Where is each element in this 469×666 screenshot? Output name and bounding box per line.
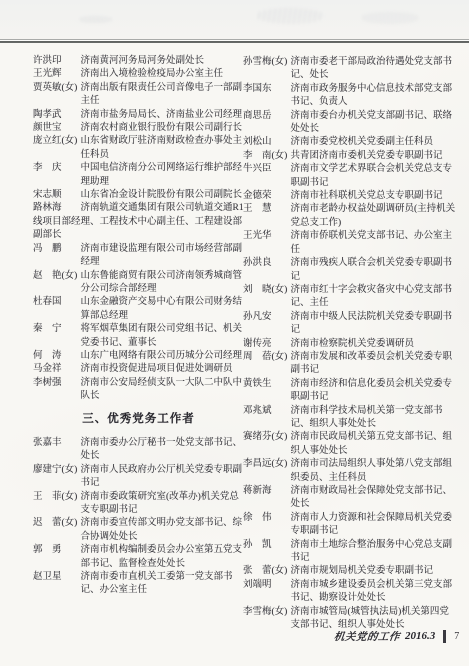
- person-position: 济南市规划局机关党委专职副书记: [291, 565, 457, 578]
- awardee-entry: 周 蓓(女)济南市发展和改革委员会机关党委专职副书记: [243, 351, 456, 378]
- person-position: 济南市建设监理有限公司市场经营部副经理: [81, 243, 245, 270]
- person-name: 商思岳: [243, 110, 291, 123]
- awardee-entry: 孙 凯济南市土地综合整治服务中心党总支副书记: [243, 539, 456, 566]
- page-top-margin: [0, 0, 469, 40]
- page-footer: 机关党的工作 2016.3 7: [334, 628, 459, 644]
- awardee-entry: 赛绪芬(女)济南市民政局机关第五党支部书记、组织人事处处长: [243, 431, 456, 458]
- person-name: 王光华: [243, 230, 291, 243]
- person-name: 蒋新海: [243, 485, 291, 498]
- person-name: 许洪印: [33, 55, 81, 68]
- awardee-entry: 王 菲(女)济南市委政策研究室(改革办)机关党总支专职副书记: [33, 491, 244, 518]
- person-name: 冯 鹏: [33, 243, 81, 256]
- section-title: 三、优秀党务工作者: [33, 413, 244, 426]
- bleed-through-mark: [78, 16, 112, 23]
- person-position: 济南市委政策研究室(改革办)机关党总支专职副书记: [81, 491, 245, 518]
- person-name: 贾英敏(女): [33, 82, 81, 95]
- person-name: 李雪梅(女): [243, 606, 291, 619]
- person-position: 济南市委党校机关党委副主任科员: [291, 136, 457, 149]
- person-position: 济南市司法局组织人事处第八党支部组织委员、主任科员: [291, 458, 457, 485]
- person-position: 山东省冶金设计院股份有限公司副院长: [81, 189, 245, 202]
- person-name: 徐 伟: [243, 512, 291, 525]
- awardee-entry: 蒋新海济南市财政局社会保障处党支部书记、处长: [243, 485, 456, 512]
- awardee-entry: 邓兆斌济南市科学技术局机关第一党支部书记、组织人事处处长: [243, 405, 456, 432]
- awardee-entry: 贾英敏(女)济南出版有限责任公司音像电子一部副主任: [33, 82, 244, 109]
- awardee-entry: 李昌远(女)济南市司法局组织人事处第八党支部组织委员、主任科员: [243, 458, 456, 485]
- awardee-entry: 李 庆中国电信济南分公司网络运行维护部经理助理: [33, 162, 244, 189]
- awardee-list-section2: 许洪印济南黄河河务局河务处副处长 王光辉济南出入境检验检疫局办公室主任 贾英敏(…: [33, 55, 244, 404]
- person-position: 济南市老龄办权益处副调研员(主持机关党总支工作): [291, 203, 457, 230]
- awardee-entry: 颜世宝济南农村商业银行股份有限公司副行长: [33, 122, 244, 135]
- person-position: 济南市城乡建设委员会机关第三党支部书记、勘察设计处处长: [291, 579, 457, 606]
- person-name: 李 南(女): [243, 150, 291, 163]
- issue-number: 2016.3: [405, 630, 435, 642]
- person-position: 济南市检察院机关党委调研员: [291, 338, 457, 351]
- person-position: 济南市经济和信息化委员会机关党委专职副书记: [291, 378, 457, 405]
- header-rule: [0, 39, 469, 43]
- person-position: 济南出版有限责任公司音像电子一部副主任: [81, 82, 245, 109]
- page-number: 7: [454, 631, 459, 642]
- person-position: 济南市中级人民法院机关党委专职副书记: [291, 311, 457, 338]
- awardee-entry: 牛兴臣济南市文学艺术界联合会机关党总支专职副书记: [243, 163, 456, 190]
- person-position: 济南市科学技术局机关第一党支部书记、组织人事处处长: [291, 405, 457, 432]
- awardee-entry: 张 蕾(女)济南市规划局机关党委专职副书记: [243, 565, 456, 578]
- awardee-entry: 王光华济南市侨联机关党支部书记、办公室主任: [243, 230, 456, 257]
- bleed-through-mark: [360, 12, 420, 24]
- person-position: 济南市土地综合整治服务中心党总支副书记: [291, 539, 457, 566]
- person-position: 济南市残疾人联合会机关党委专职副书记: [291, 257, 457, 284]
- person-name: 杜春国: [33, 296, 81, 309]
- person-position: 济南市社科联机关党总支专职副书记: [291, 190, 457, 203]
- person-position: 山东鲁能商贸有限公司济南领秀城商管分公司综合部经理: [81, 270, 245, 297]
- awardee-entry: 秦 宁将军烟草集团有限公司党组书记、机关党委书记、董事长: [33, 323, 244, 350]
- awardee-entry: 商思岳济南市委台办机关党支部副书记、联络处处长: [243, 110, 456, 137]
- awardee-entry: 路林海济南轨道交通集团有限公司轨道交通R1线项目部经理、工程技术中心副主任、工程…: [33, 202, 244, 242]
- person-position: 济南市委老干部局政治待遇处党支部书记、处长: [291, 56, 457, 83]
- person-position: 济南市人民政府办公厅机关党委专职副书记: [81, 464, 245, 491]
- person-name: 周 蓓(女): [243, 351, 291, 364]
- left-column: 许洪印济南黄河河务局河务处副处长 王光辉济南出入境检验检疫局办公室主任 贾英敏(…: [33, 55, 244, 598]
- awardee-list-section3: 张嘉丰济南市委办公厅秘书一处党支部书记、处长 廖建宁(女)济南市人民政府办公厅机…: [33, 437, 244, 598]
- awardee-entry: 金德荣济南市社科联机关党总支专职副书记: [243, 190, 456, 203]
- awardee-entry: 孙洪良济南市残疾人联合会机关党委专职副书记: [243, 257, 456, 284]
- right-column: 孙雪梅(女)济南市委老干部局政治待遇处党支部书记、处长 李国东济南市政务服务中心…: [243, 56, 456, 632]
- bleed-through-mark: [255, 8, 325, 24]
- person-name: 谢传亮: [243, 338, 291, 351]
- person-position: 山东广电网络有限公司历城分公司经理: [81, 350, 245, 363]
- awardee-entry: 许洪印济南黄河河务局河务处副处长: [33, 55, 244, 68]
- awardee-entry: 王光辉济南出入境检验检疫局办公室主任: [33, 68, 244, 81]
- person-name: 刘 晓(女): [243, 284, 291, 297]
- person-position: 济南市委市直机关工委第一党支部书记、办公室主任: [81, 571, 245, 598]
- awardee-entry: 陶孝武济南市盐务局局长、济南盐业公司经理: [33, 109, 244, 122]
- person-position: 济南出入境检验检疫局办公室主任: [81, 68, 245, 81]
- person-name: 郭 勇: [33, 544, 81, 557]
- awardee-entry: 李 南(女)共青团济南市委机关党委专职副书记: [243, 150, 456, 163]
- awardee-entry: 赵 艳(女)山东鲁能商贸有限公司济南领秀城商管分公司综合部经理: [33, 270, 244, 297]
- person-name: 庞立红(女): [33, 135, 81, 148]
- person-position: 济南市委宣传部文明办党支部书记、综合协调处处长: [81, 517, 245, 544]
- awardee-entry: 宋志顺山东省冶金设计院股份有限公司副院长: [33, 189, 244, 202]
- person-name: 李国东: [243, 83, 291, 96]
- person-name: 王 慧: [243, 203, 291, 216]
- awardee-entry: 孙凡安济南市中级人民法院机关党委专职副书记: [243, 311, 456, 338]
- awardee-entry: 赵卫星济南市委市直机关工委第一党支部书记、办公室主任: [33, 571, 244, 598]
- awardee-entry: 刘松山济南市委党校机关党委副主任科员: [243, 136, 456, 149]
- awardee-entry: 庞立红(女)山东省财政厅驻济南财政检查办事处主任科员: [33, 135, 244, 162]
- person-name: 路林海: [33, 202, 81, 215]
- awardee-entry: 迟 蕾(女)济南市委宣传部文明办党支部书记、综合协调处处长: [33, 517, 244, 544]
- awardee-entry: 张嘉丰济南市委办公厅秘书一处党支部书记、处长: [33, 437, 244, 464]
- person-position: 济南农村商业银行股份有限公司副行长: [81, 122, 245, 135]
- awardee-entry: 徐 伟济南市人力资源和社会保障局机关党委专职副书记: [243, 512, 456, 539]
- person-name: 赵卫星: [33, 571, 81, 584]
- journal-title: 机关党的工作: [333, 629, 401, 644]
- person-name: 刘松山: [243, 136, 291, 149]
- person-name: 刘端明: [243, 579, 291, 592]
- person-position: 济南市盐务局局长、济南盐业公司经理: [81, 109, 245, 122]
- person-position: 济南市财政局社会保障处党支部书记、处长: [291, 485, 457, 512]
- person-position: 济南市政务服务中心信息技术部党支部书记、负责人: [291, 83, 457, 110]
- awardee-list-right: 孙雪梅(女)济南市委老干部局政治待遇处党支部书记、处长 李国东济南市政务服务中心…: [243, 56, 456, 632]
- person-name: 邓兆斌: [243, 405, 291, 418]
- person-position: 济南市机构编制委员会办公室第五党支部书记、监督检查处处长: [81, 544, 245, 571]
- person-position: 济南市委办公厅秘书一处党支部书记、处长: [81, 437, 245, 464]
- person-name: 李昌远(女): [243, 458, 291, 471]
- person-position: 济南市投资促进局项目促进处调研员: [81, 363, 245, 376]
- person-position: 济南市文学艺术界联合会机关党总支专职副书记: [291, 163, 457, 190]
- person-name: 秦 宁: [33, 323, 81, 336]
- awardee-entry: 谢传亮济南市检察院机关党委调研员: [243, 338, 456, 351]
- awardee-entry: 孙雪梅(女)济南市委老干部局政治待遇处党支部书记、处长: [243, 56, 456, 83]
- awardee-entry: 黄铁生济南市经济和信息化委员会机关党委专职副书记: [243, 378, 456, 405]
- awardee-entry: 何 涛山东广电网络有限公司历城分公司经理: [33, 350, 244, 363]
- person-name: 张嘉丰: [33, 437, 81, 450]
- person-name: 黄铁生: [243, 378, 291, 391]
- person-position: 山东省财政厅驻济南财政检查办事处主任科员: [81, 135, 245, 162]
- person-name: 孙 凯: [243, 539, 291, 552]
- awardee-entry: 李国东济南市政务服务中心信息技术部党支部书记、负责人: [243, 83, 456, 110]
- person-position: 共青团济南市委机关党委专职副书记: [291, 150, 457, 163]
- person-position: 中国电信济南分公司网络运行维护部经理助理: [81, 162, 245, 189]
- person-position: 将军烟草集团有限公司党组书记、机关党委书记、董事长: [81, 323, 245, 350]
- person-position: 济南市侨联机关党支部书记、办公室主任: [291, 230, 457, 257]
- person-name: 赛绪芬(女): [243, 431, 291, 444]
- person-position: 济南市公安局经侦支队一大队二中队中队长: [81, 377, 245, 404]
- person-name: 牛兴臣: [243, 163, 291, 176]
- person-name: 宋志顺: [33, 189, 81, 202]
- person-position: 济南黄河河务局河务处副处长: [81, 55, 245, 68]
- person-name: 孙凡安: [243, 311, 291, 324]
- awardee-entry: 郭 勇济南市机构编制委员会办公室第五党支部书记、监督检查处处长: [33, 544, 244, 571]
- person-name: 何 涛: [33, 350, 81, 363]
- person-position: 济南市红十字会救灾备灾中心党支部书记、主任: [291, 284, 457, 311]
- person-name: 李 庆: [33, 162, 81, 175]
- awardee-entry: 刘 晓(女)济南市红十字会救灾备灾中心党支部书记、主任: [243, 284, 456, 311]
- person-name: 陶孝武: [33, 109, 81, 122]
- awardee-entry: 冯 鹏济南市建设监理有限公司市场经营部副经理: [33, 243, 244, 270]
- person-name: 赵 艳(女): [33, 270, 81, 283]
- awardee-entry: 马金祥济南市投资促进局项目促进处调研员: [33, 363, 244, 376]
- awardee-entry: 李树强济南市公安局经侦支队一大队二中队中队长: [33, 377, 244, 404]
- person-name: 迟 蕾(女): [33, 517, 81, 530]
- awardee-entry: 廖建宁(女)济南市人民政府办公厅机关党委专职副书记: [33, 464, 244, 491]
- awardee-entry: 刘端明济南市城乡建设委员会机关第三党支部书记、勘察设计处处长: [243, 579, 456, 606]
- person-name: 廖建宁(女): [33, 464, 81, 477]
- person-name: 马金祥: [33, 363, 81, 376]
- person-position: 济南市民政局机关第五党支部书记、组织人事处处长: [291, 431, 457, 458]
- person-name: 张 蕾(女): [243, 565, 291, 578]
- person-name: 王光辉: [33, 68, 81, 81]
- person-position: 济南市发展和改革委员会机关党委专职副书记: [291, 351, 457, 378]
- awardee-entry: 王 慧济南市老龄办权益处副调研员(主持机关党总支工作): [243, 203, 456, 230]
- person-name: 王 菲(女): [33, 491, 81, 504]
- footer-divider: [443, 630, 446, 643]
- awardee-entry: 杜春国山东金融资产交易中心有限公司财务结算部总经理: [33, 296, 244, 323]
- person-position: 山东金融资产交易中心有限公司财务结算部总经理: [81, 296, 245, 323]
- scanned-document-page: 许洪印济南黄河河务局河务处副处长 王光辉济南出入境检验检疫局办公室主任 贾英敏(…: [0, 0, 469, 666]
- person-name: 孙洪良: [243, 257, 291, 270]
- person-name: 金德荣: [243, 190, 291, 203]
- person-position: 济南市委台办机关党支部副书记、联络处处长: [291, 110, 457, 137]
- person-name: 孙雪梅(女): [243, 56, 291, 69]
- person-name: 李树强: [33, 377, 81, 390]
- person-name: 颜世宝: [33, 122, 81, 135]
- person-position: 济南市人力资源和社会保障局机关党委专职副书记: [291, 512, 457, 539]
